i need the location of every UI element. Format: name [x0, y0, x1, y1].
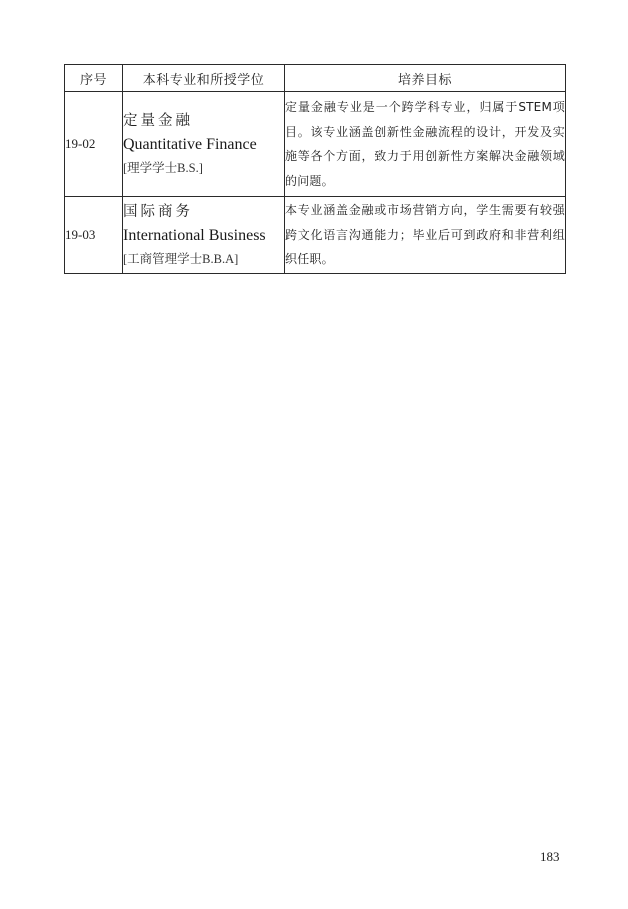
table-header-row: 序号 本科专业和所授学位 培养目标: [65, 65, 566, 92]
table-row: 19-03 国际商务 International Business [工商管理学…: [65, 197, 566, 274]
degree-label: [工商管理学士B.B.A]: [123, 248, 284, 270]
row-id: 19-02: [65, 92, 123, 197]
majors-table: 序号 本科专业和所授学位 培养目标 19-02 定量金融 Quantitativ…: [64, 64, 566, 274]
document-page: 序号 本科专业和所授学位 培养目标 19-02 定量金融 Quantitativ…: [0, 0, 628, 909]
header-major-degree: 本科专业和所授学位: [123, 65, 285, 92]
page-number: 183: [540, 849, 560, 865]
table-row: 19-02 定量金融 Quantitative Finance [理学学士B.S…: [65, 92, 566, 197]
major-name-chinese: 国际商务: [123, 200, 284, 224]
major-cell: 国际商务 International Business [工商管理学士B.B.A…: [123, 197, 285, 274]
major-name-english: International Business: [123, 224, 284, 248]
header-training-goal: 培养目标: [285, 65, 566, 92]
degree-label: [理学学士B.S.]: [123, 157, 284, 179]
major-cell: 定量金融 Quantitative Finance [理学学士B.S.]: [123, 92, 285, 197]
row-id: 19-03: [65, 197, 123, 274]
major-name-chinese: 定量金融: [123, 109, 284, 133]
training-goal-text: 本专业涵盖金融或市场营销方向，学生需要有较强跨文化语言沟通能力；毕业后可到政府和…: [285, 197, 566, 274]
major-name-english: Quantitative Finance: [123, 133, 284, 157]
header-id: 序号: [65, 65, 123, 92]
training-goal-text: 定量金融专业是一个跨学科专业，归属于STEM项目。该专业涵盖创新性金融流程的设计…: [285, 92, 566, 197]
